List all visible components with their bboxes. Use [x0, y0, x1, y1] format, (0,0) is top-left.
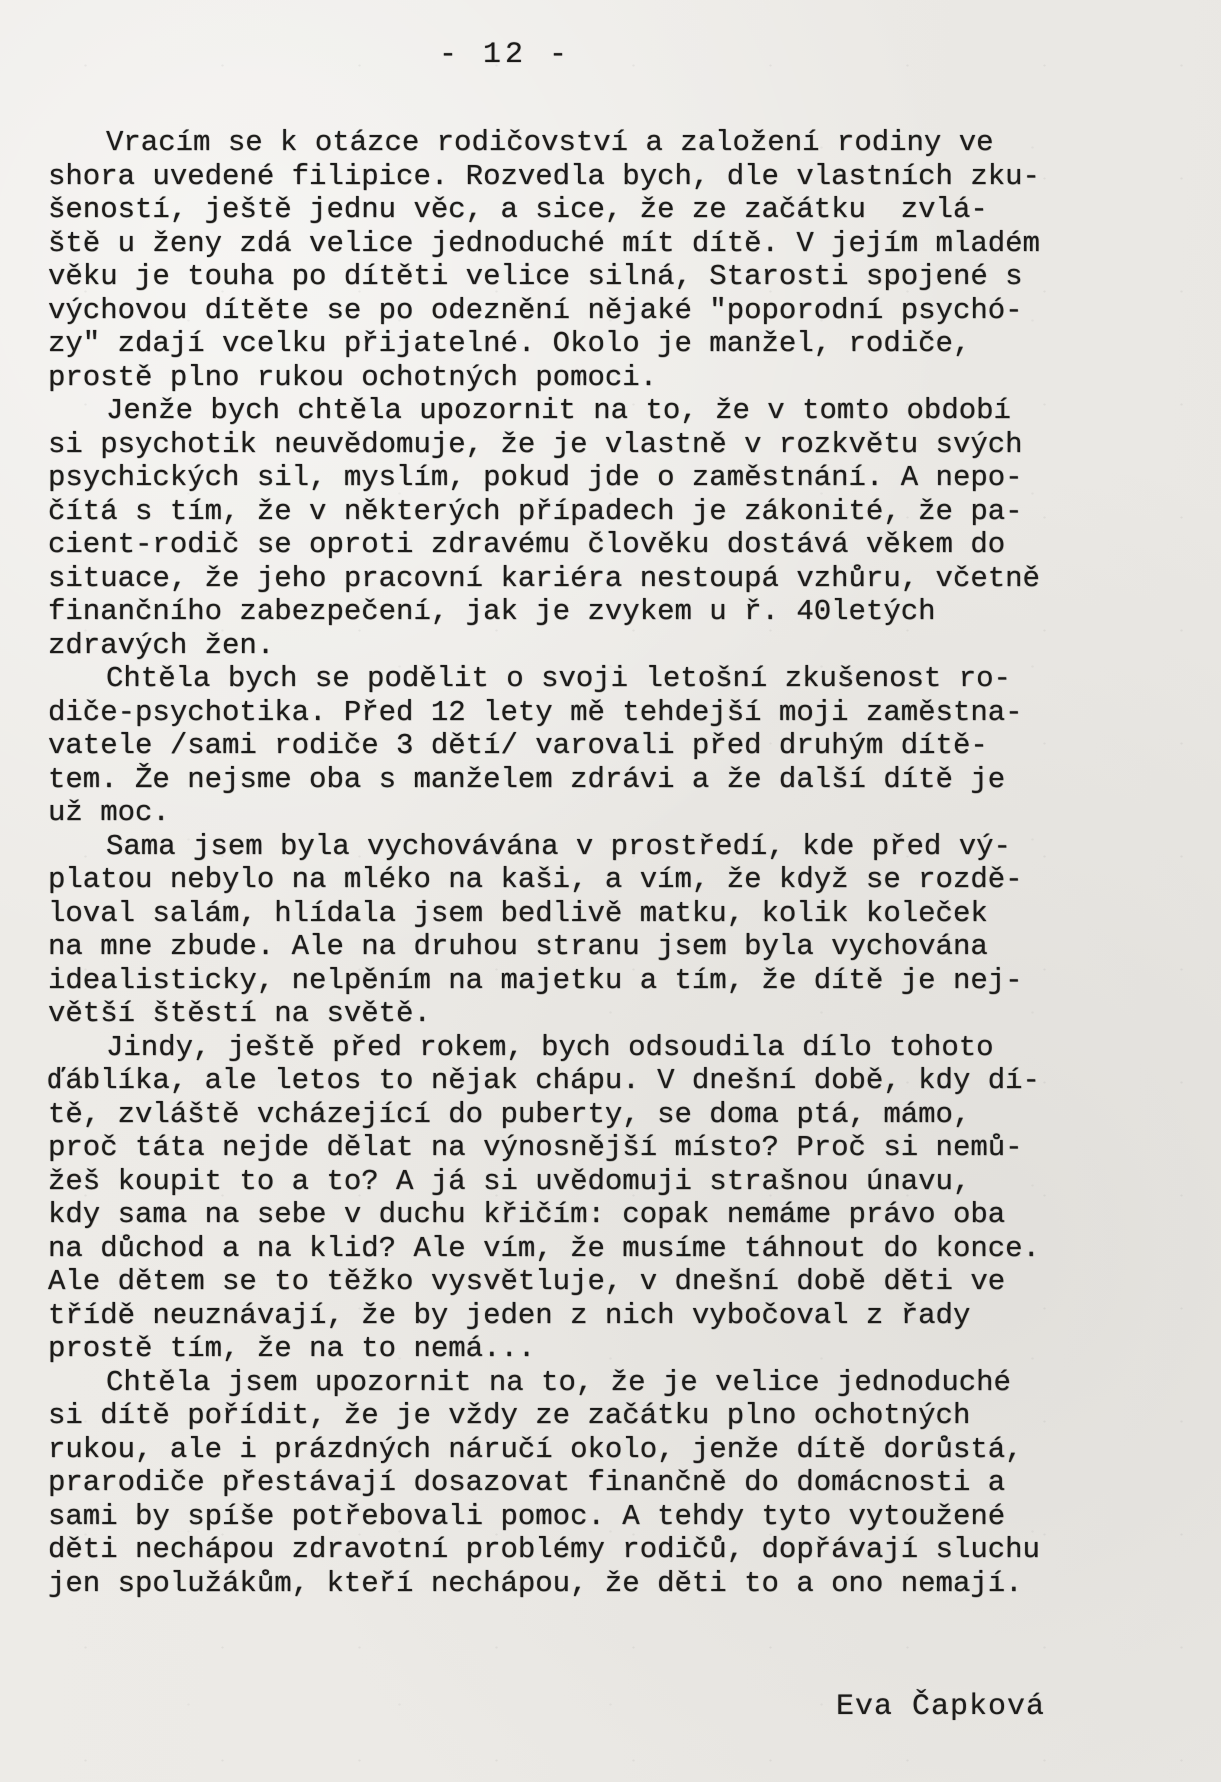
paragraph: Chtěla jsem upozornit na to, že je velic…: [48, 1366, 1108, 1601]
scanned-typewritten-page: - 12 - Vracím se k otázce rodičovství a …: [0, 0, 1221, 1782]
body-text: Vracím se k otázce rodičovství a založen…: [48, 126, 1108, 1600]
author-signature: Eva Čapková: [836, 1690, 1045, 1724]
paragraph: Chtěla bych se podělit o svoji letošní z…: [48, 662, 1108, 830]
page-number: - 12 -: [0, 38, 1010, 72]
paragraph: Vracím se k otázce rodičovství a založen…: [48, 126, 1108, 394]
paragraph: Jindy, ještě před rokem, bych odsoudila …: [48, 1031, 1108, 1366]
paragraph: Sama jsem byla vychovávána v prostředí, …: [48, 830, 1108, 1031]
paragraph: Jenže bych chtěla upozornit na to, že v …: [48, 394, 1108, 662]
